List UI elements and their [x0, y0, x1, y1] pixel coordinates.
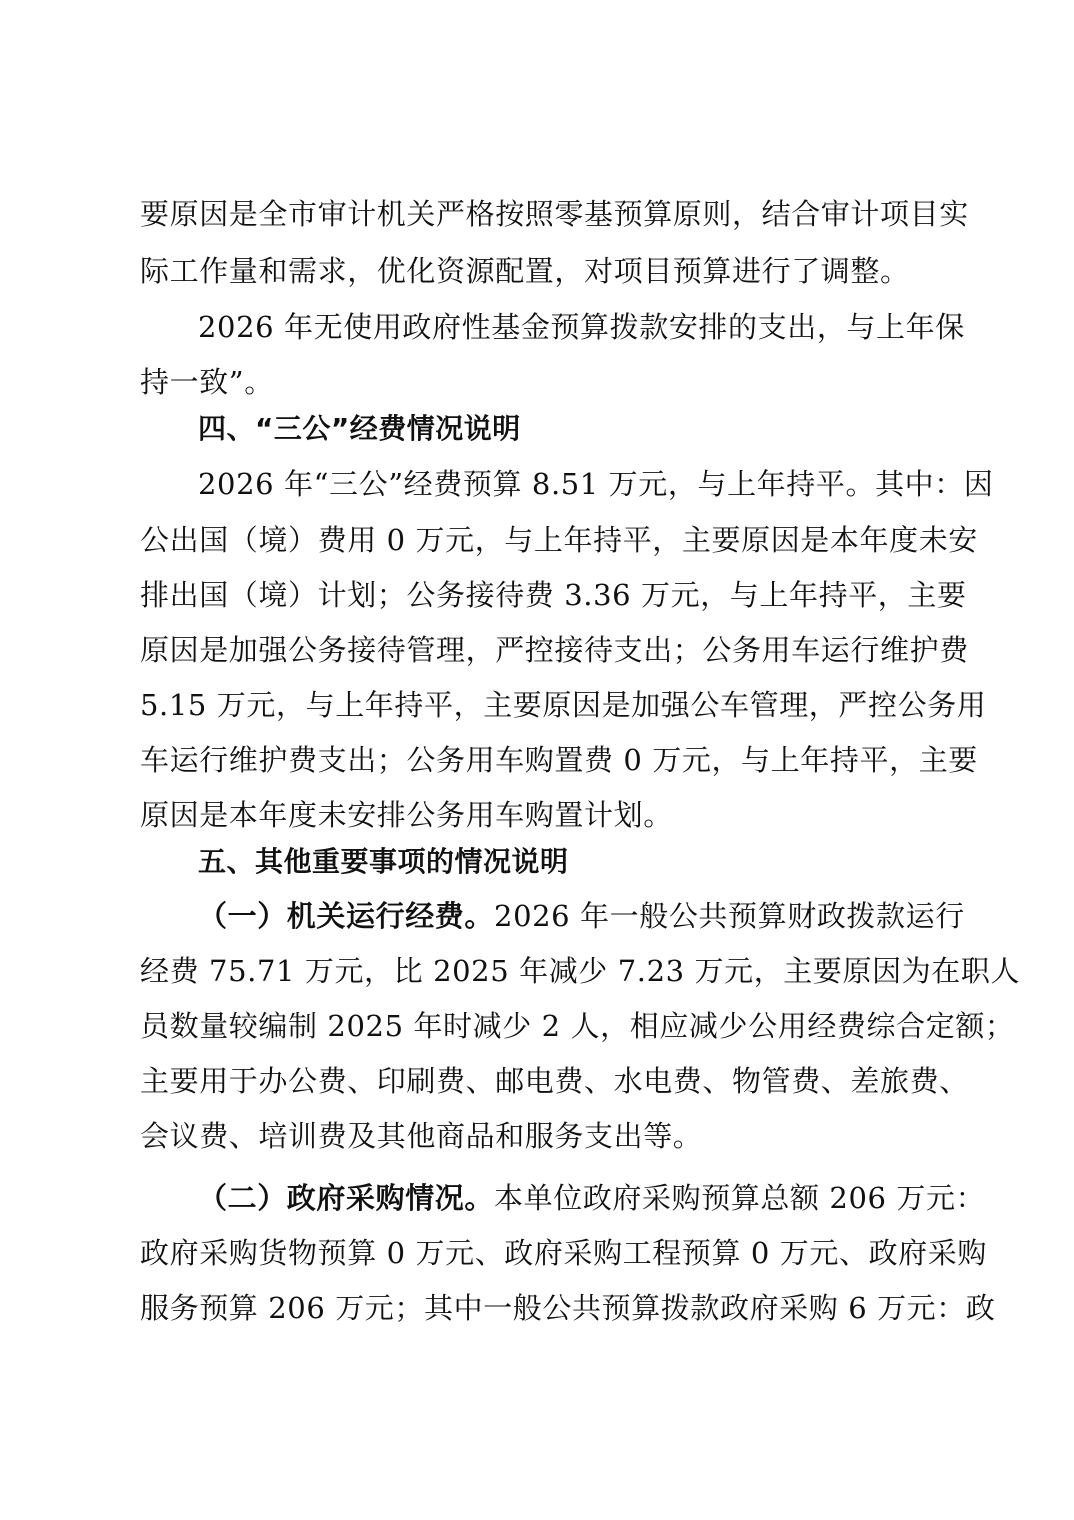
paragraph-line: 要原因是全市审计机关严格按照零基预算原则，结合审计项目实	[140, 196, 940, 232]
paragraph-line: 排出国（境）计划；公务接待费 3.36 万元，与上年持平，主要	[140, 577, 940, 613]
paragraph-line: 际工作量和需求，优化资源配置，对项目预算进行了调整。	[140, 253, 940, 289]
section-heading-san-gong: 四、“三公”经费情况说明	[198, 411, 521, 447]
paragraph-line: 政府采购货物预算 0 万元、政府采购工程预算 0 万元、政府采购	[140, 1235, 940, 1271]
paragraph-line: 公出国（境）费用 0 万元，与上年持平，主要原因是本年度未安	[140, 522, 940, 558]
item-2-lead: （二）政府采购情况。	[198, 1181, 494, 1215]
paragraph-line: 原因是加强公务接待管理，严控接待支出；公务用车运行维护费	[140, 632, 940, 668]
paragraph-line: 经费 75.71 万元，比 2025 年减少 7.23 万元，主要原因为在职人	[140, 953, 940, 989]
paragraph-line-item-1: （一）机关运行经费。2026 年一般公共预算财政拨款运行	[198, 898, 940, 934]
paragraph-line: 服务预算 206 万元；其中一般公共预算拨款政府采购 6 万元：政	[140, 1290, 940, 1326]
section-heading-other-matters: 五、其他重要事项的情况说明	[198, 844, 569, 880]
item-1-lead: （一）机关运行经费。	[198, 899, 494, 933]
paragraph-line: 5.15 万元，与上年持平，主要原因是加强公车管理，严控公务用	[140, 687, 940, 723]
paragraph-line: 原因是本年度未安排公务用车购置计划。	[140, 797, 940, 833]
paragraph-line: 主要用于办公费、印刷费、邮电费、水电费、物管费、差旅费、	[140, 1063, 940, 1099]
paragraph-line: 2026 年无使用政府性基金预算拨款安排的支出，与上年保	[198, 309, 940, 345]
item-1-first-line: 2026 年一般公共预算财政拨款运行	[494, 899, 965, 933]
document-page: 要原因是全市审计机关严格按照零基预算原则，结合审计项目实 际工作量和需求，优化资…	[0, 0, 1074, 1520]
paragraph-line: 会议费、培训费及其他商品和服务支出等。	[140, 1118, 940, 1154]
item-2-first-line: 本单位政府采购预算总额 206 万元：	[494, 1181, 985, 1215]
paragraph-line: 持一致”。	[140, 364, 940, 400]
paragraph-line: 员数量较编制 2025 年时减少 2 人，相应减少公用经费综合定额；	[140, 1008, 940, 1044]
paragraph-line: 车运行维护费支出；公务用车购置费 0 万元，与上年持平，主要	[140, 742, 940, 778]
paragraph-line: 2026 年“三公”经费预算 8.51 万元，与上年持平。其中：因	[198, 466, 940, 502]
paragraph-line-item-2: （二）政府采购情况。本单位政府采购预算总额 206 万元：	[198, 1180, 940, 1216]
